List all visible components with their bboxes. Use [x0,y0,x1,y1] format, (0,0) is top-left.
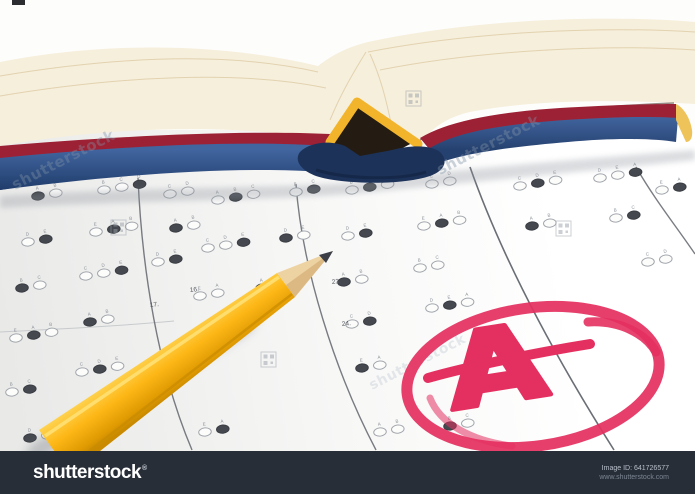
bubble-letter: A [677,177,681,182]
bubble-letter: A [439,213,443,218]
bubble-letter: E [301,225,305,230]
bubble-letter: B [547,213,551,218]
question-number: 17. [149,301,159,309]
frame-corner-mark [12,0,25,5]
bubble-letter: E [363,223,367,228]
bubble-letter: A [377,355,381,360]
bubble-letter: E [13,327,17,332]
bubble-letter: B [19,277,23,282]
bubble-letter: A [35,185,39,190]
bubble-letter: E [43,229,47,234]
bubble-letter: B [417,257,421,262]
bubble-letter: A [220,419,224,424]
question-number: 24. [341,320,351,328]
bubble-letter: B [101,179,105,184]
bubble-letter: E [359,357,363,362]
bubble-letter: A [215,283,219,288]
question-number: 16. [189,286,199,294]
logo-text: shutterstock [33,462,141,483]
registered-mark: ® [142,465,147,472]
bubble-letter: A [341,271,345,276]
watermark-footer-bar: shutterstock® Image ID: 641726577 www.sh… [0,451,695,494]
bubble-letter: B [395,419,399,424]
bubble-letter: E [119,260,123,265]
bubble-letter: A [173,217,177,222]
bubble-letter: A [87,311,91,316]
bubble-letter: E [659,179,663,184]
bubble-letter: A [529,215,533,220]
photo-canvas: ABBCDCDDEEABABBCCDEDEEABABBCCDEDEEAABCBC… [0,0,695,451]
bubble-letter: B [9,381,13,386]
bubble-letter: A [377,421,381,426]
bubble-letter: E [93,221,97,226]
bubble-letter: B [49,322,53,327]
bubble-letter: A [259,277,263,282]
bubble-letter: E [447,295,451,300]
question-number: 23. [331,278,341,286]
bubble-letter: E [173,249,177,254]
bubble-letter: A [31,325,35,330]
bubble-letter: B [457,210,461,215]
bubble-letter: B [129,216,133,221]
shutterstock-logo: shutterstock® [33,462,147,484]
bubble-letter: E [202,421,206,426]
bubble-letter: E [421,215,425,220]
stock-photo: ABBCDCDDEEABABBCCDEDEEABABBCCDEDEEAABCBC… [0,0,695,494]
bubble-letter: B [105,309,109,314]
bubble-letter: B [359,269,363,274]
bubble-letter: B [191,215,195,220]
footer-meta: Image ID: 641726577 www.shutterstock.com [599,464,669,482]
image-id-text: Image ID: 641726577 [599,464,669,473]
bubble-letter: E [115,356,119,361]
bubble-letter: A [465,292,469,297]
bubble-letter: B [613,207,617,212]
website-text: www.shutterstock.com [599,473,669,482]
bubble-letter: E [241,232,245,237]
